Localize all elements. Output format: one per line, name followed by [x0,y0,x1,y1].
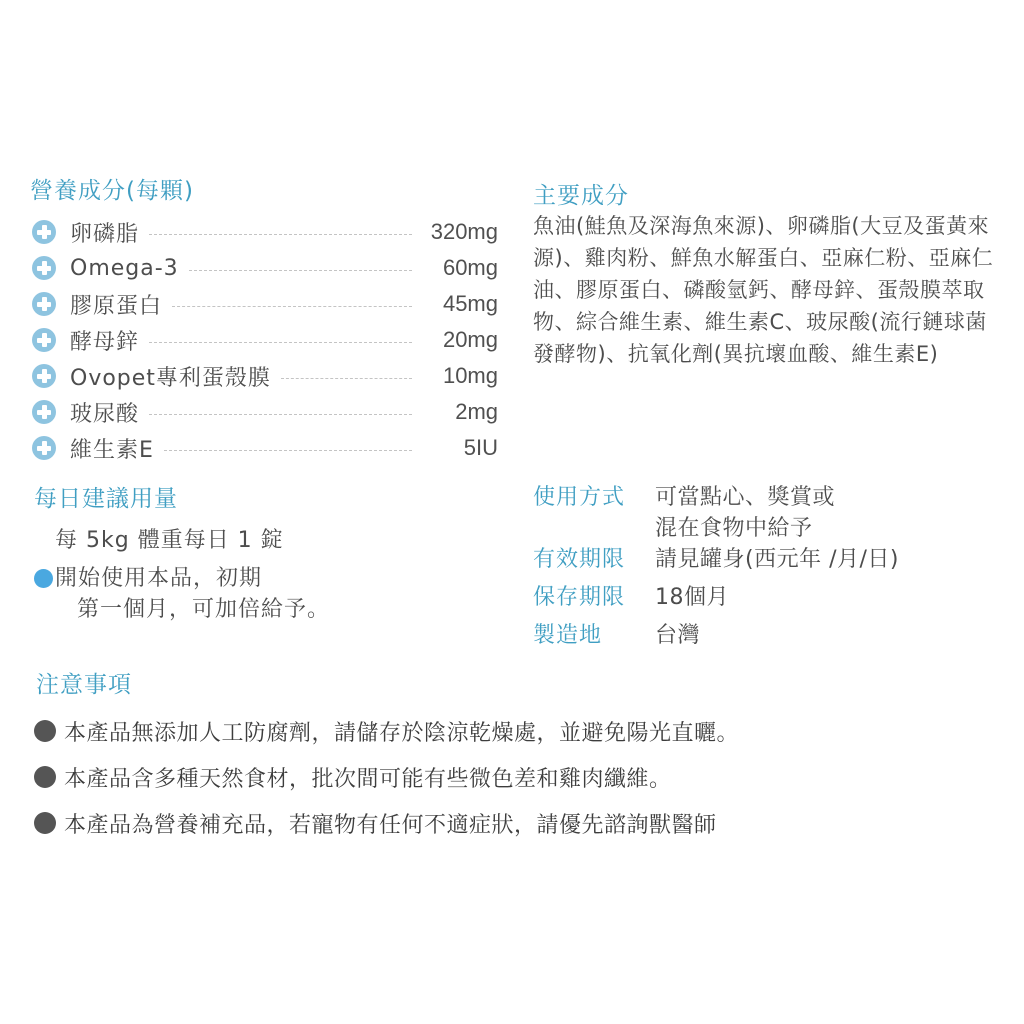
nutrition-name: 卵磷脂 [70,217,139,248]
dosage-note-line: 開始使用本品，初期 [55,563,330,594]
info-value: 台灣 [655,620,899,658]
nutrition-item: 玻尿酸 2mg [32,394,498,430]
caution-item: 本產品無添加人工防腐劑，請儲存於陰涼乾燥處，並避免陽光直曬。 [34,708,739,754]
caution-text: 本產品含多種天然食材，批次間可能有些微色差和雞肉纖維。 [64,762,672,793]
nutrition-value: 2mg [420,399,498,425]
info-label: 有效期限 [533,544,655,582]
nutrition-value: 20mg [420,327,498,353]
dotted-leader [281,378,412,379]
info-row-expiry: 有效期限 請見罐身(西元年 /月/日) [533,544,899,582]
info-value-line: 台灣 [655,620,899,651]
info-value-line: 可當點心、獎賞或 [655,482,899,513]
plus-circle-icon [32,292,56,316]
info-value-line: 請見罐身(西元年 /月/日) [655,544,899,575]
blue-dot-icon [34,569,53,588]
info-value-line: 18個月 [655,582,899,613]
caution-list: 本產品無添加人工防腐劑，請儲存於陰涼乾燥處，並避免陽光直曬。 本產品含多種天然食… [34,708,739,846]
info-label: 保存期限 [533,582,655,620]
nutrition-name: 酵母鋅 [70,325,139,356]
nutrition-name: 玻尿酸 [70,397,139,428]
dotted-leader [149,342,412,343]
nutrition-value: 60mg [420,255,498,281]
nutrition-item: Omega-3 60mg [32,250,498,286]
info-row-origin: 製造地 台灣 [533,620,899,658]
info-label: 使用方式 [533,482,655,544]
plus-circle-icon [32,328,56,352]
info-row-shelf-life: 保存期限 18個月 [533,582,899,620]
nutrition-value: 5IU [420,435,498,461]
nutrition-value: 320mg [420,219,498,245]
plus-circle-icon [32,400,56,424]
info-value: 18個月 [655,582,899,620]
caution-title: 注意事項 [36,674,132,697]
dosage-title: 每日建議用量 [34,488,178,511]
nutrition-item: Ovopet專利蛋殼膜 10mg [32,358,498,394]
plus-circle-icon [32,256,56,280]
bullet-dot-icon [34,766,56,788]
nutrition-name: Ovopet專利蛋殼膜 [70,361,271,392]
caution-text: 本產品無添加人工防腐劑，請儲存於陰涼乾燥處，並避免陽光直曬。 [64,716,739,747]
dotted-leader [149,234,412,235]
nutrition-value: 45mg [420,291,498,317]
ingredients-title: 主要成分 [533,185,629,208]
bullet-dot-icon [34,812,56,834]
dosage-note-line: 第一個月，可加倍給予。 [55,594,330,625]
nutrition-name: 膠原蛋白 [70,289,162,320]
dotted-leader [172,306,412,307]
bullet-dot-icon [34,720,56,742]
dotted-leader [164,450,412,451]
nutrition-item: 維生素E 5IU [32,430,498,466]
caution-text: 本產品為營養補充品，若寵物有任何不適症狀，請優先諮詢獸醫師 [64,808,717,839]
nutrition-item: 卵磷脂 320mg [32,214,498,250]
nutrition-value: 10mg [420,363,498,389]
info-label: 製造地 [533,620,655,658]
caution-item: 本產品含多種天然食材，批次間可能有些微色差和雞肉纖維。 [34,754,739,800]
nutrition-list: 卵磷脂 320mg Omega-3 60mg 膠原蛋白 45mg 酵母鋅 20m… [32,214,498,466]
info-row-usage: 使用方式 可當點心、獎賞或 混在食物中給予 [533,482,899,544]
plus-circle-icon [32,220,56,244]
nutrition-title: 營養成分(每顆) [30,180,194,203]
plus-circle-icon [32,364,56,388]
info-value: 請見罐身(西元年 /月/日) [655,544,899,582]
ingredients-text: 魚油(鮭魚及深海魚來源)、卵磷脂(大豆及蛋黃來源)、雞肉粉、鮮魚水解蛋白、亞麻仁… [533,210,1008,370]
nutrition-name: 維生素E [70,433,154,464]
info-value: 可當點心、獎賞或 混在食物中給予 [655,482,899,544]
dotted-leader [189,270,412,271]
dosage-note: 開始使用本品，初期 第一個月，可加倍給予。 [34,563,330,625]
nutrition-item: 酵母鋅 20mg [32,322,498,358]
info-value-line: 混在食物中給予 [655,513,899,544]
plus-circle-icon [32,436,56,460]
caution-item: 本產品為營養補充品，若寵物有任何不適症狀，請優先諮詢獸醫師 [34,800,739,846]
nutrition-item: 膠原蛋白 45mg [32,286,498,322]
dotted-leader [149,414,412,415]
dosage-amount: 每 5kg 體重每日 1 錠 [55,523,284,554]
product-info-table: 使用方式 可當點心、獎賞或 混在食物中給予 有效期限 請見罐身(西元年 /月/日… [533,482,899,658]
nutrition-name: Omega-3 [70,256,179,281]
